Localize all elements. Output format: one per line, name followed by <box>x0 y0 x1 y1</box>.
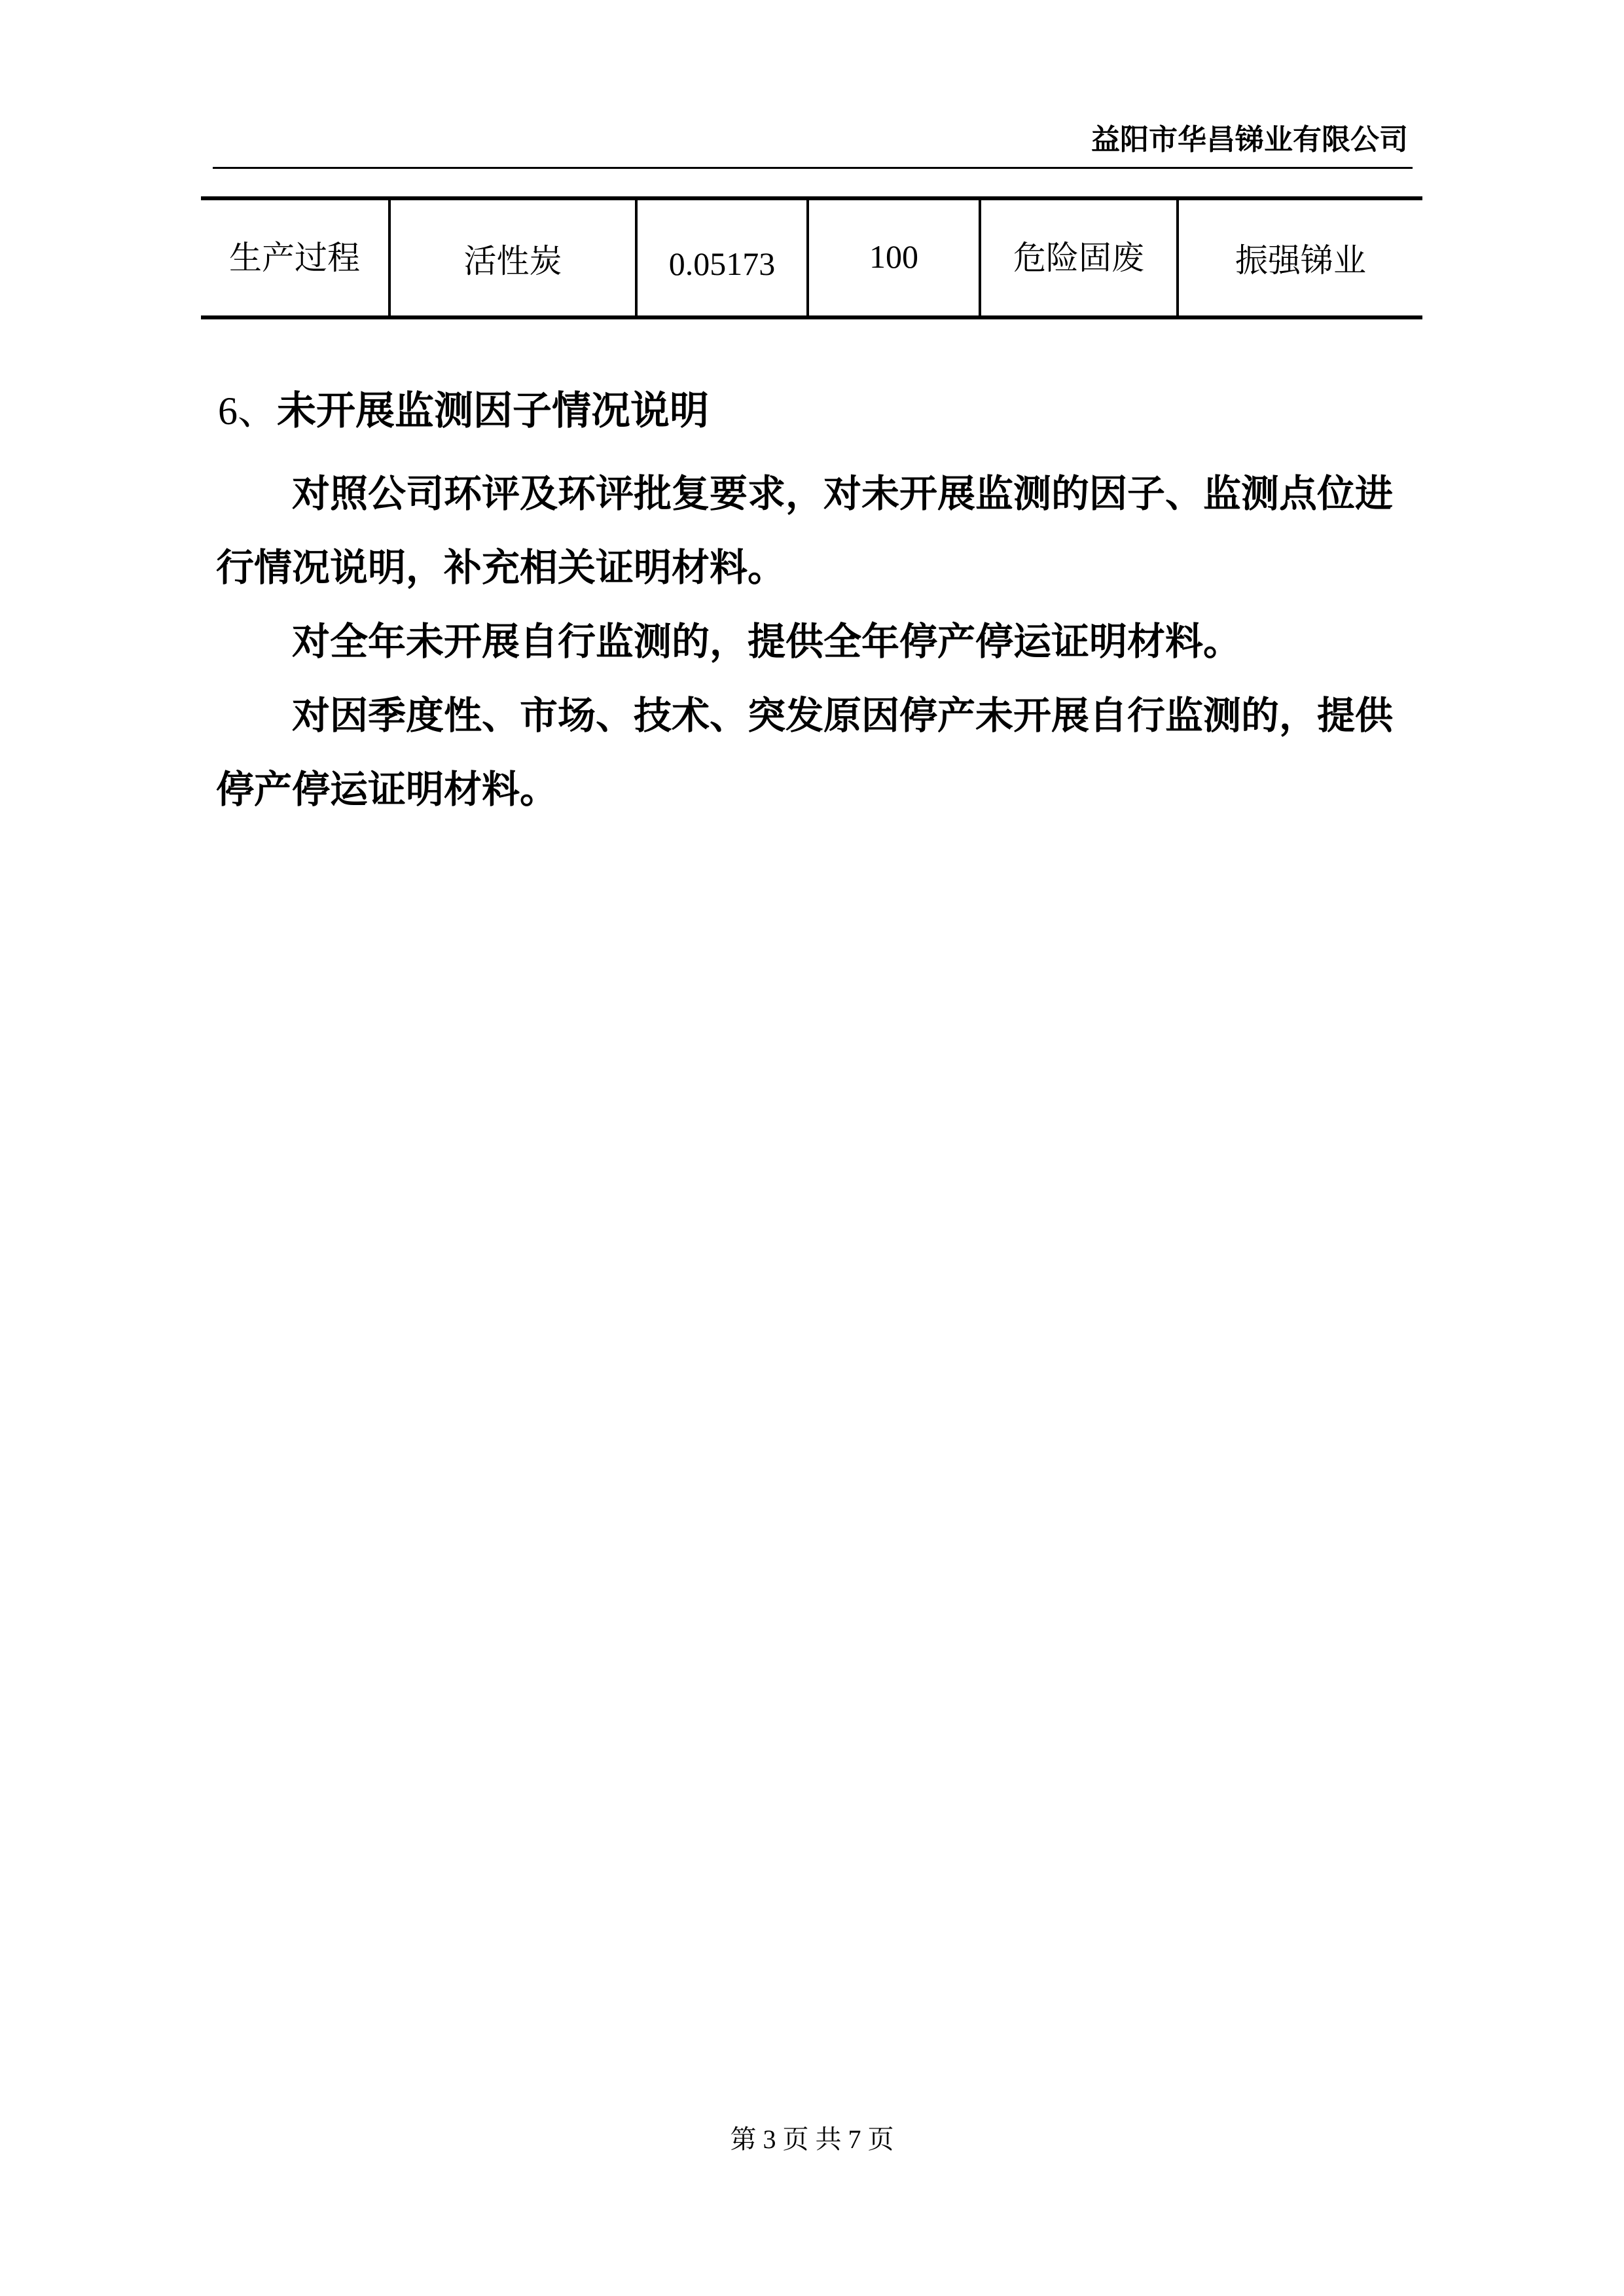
table-cell-waste-name: 活性炭 <box>388 200 635 315</box>
table-cell-percentage: 100 <box>806 200 979 315</box>
waste-table-row: 生产过程 活性炭 0.05173 100 危险固废 振强锑业 <box>201 196 1422 319</box>
page-number-footer: 第 3 页 共 7 页 <box>0 2125 1624 2155</box>
body-text: 对照公司环评及环评批复要求，对未开展监测的因子、监测点位进 行情况说明，补充相关… <box>216 457 1460 827</box>
table-cell-process: 生产过程 <box>201 200 388 315</box>
section-heading: 6、未开展监测因子情况说明 <box>218 389 709 433</box>
header-company-name: 益阳市华昌锑业有限公司 <box>1091 124 1408 156</box>
header-rule <box>213 167 1413 169</box>
section-number: 6、 <box>218 389 277 433</box>
paragraph-3: 对因季度性、市场、技术、突发原因停产未开展自行监测的，提供 停产停运证明材料。 <box>216 679 1460 827</box>
paragraph-2: 对全年未开展自行监测的，提供全年停产停运证明材料。 <box>216 605 1460 679</box>
table-cell-amount: 0.05173 <box>635 200 806 315</box>
table-cell-disposal-company: 振强锑业 <box>1176 200 1422 315</box>
table-cell-waste-type: 危险固废 <box>979 200 1176 315</box>
document-page: 益阳市华昌锑业有限公司 生产过程 活性炭 0.05173 100 危险固废 振强… <box>0 0 1624 2296</box>
paragraph-1: 对照公司环评及环评批复要求，对未开展监测的因子、监测点位进 行情况说明，补充相关… <box>216 457 1460 605</box>
section-title: 未开展监测因子情况说明 <box>277 389 709 433</box>
